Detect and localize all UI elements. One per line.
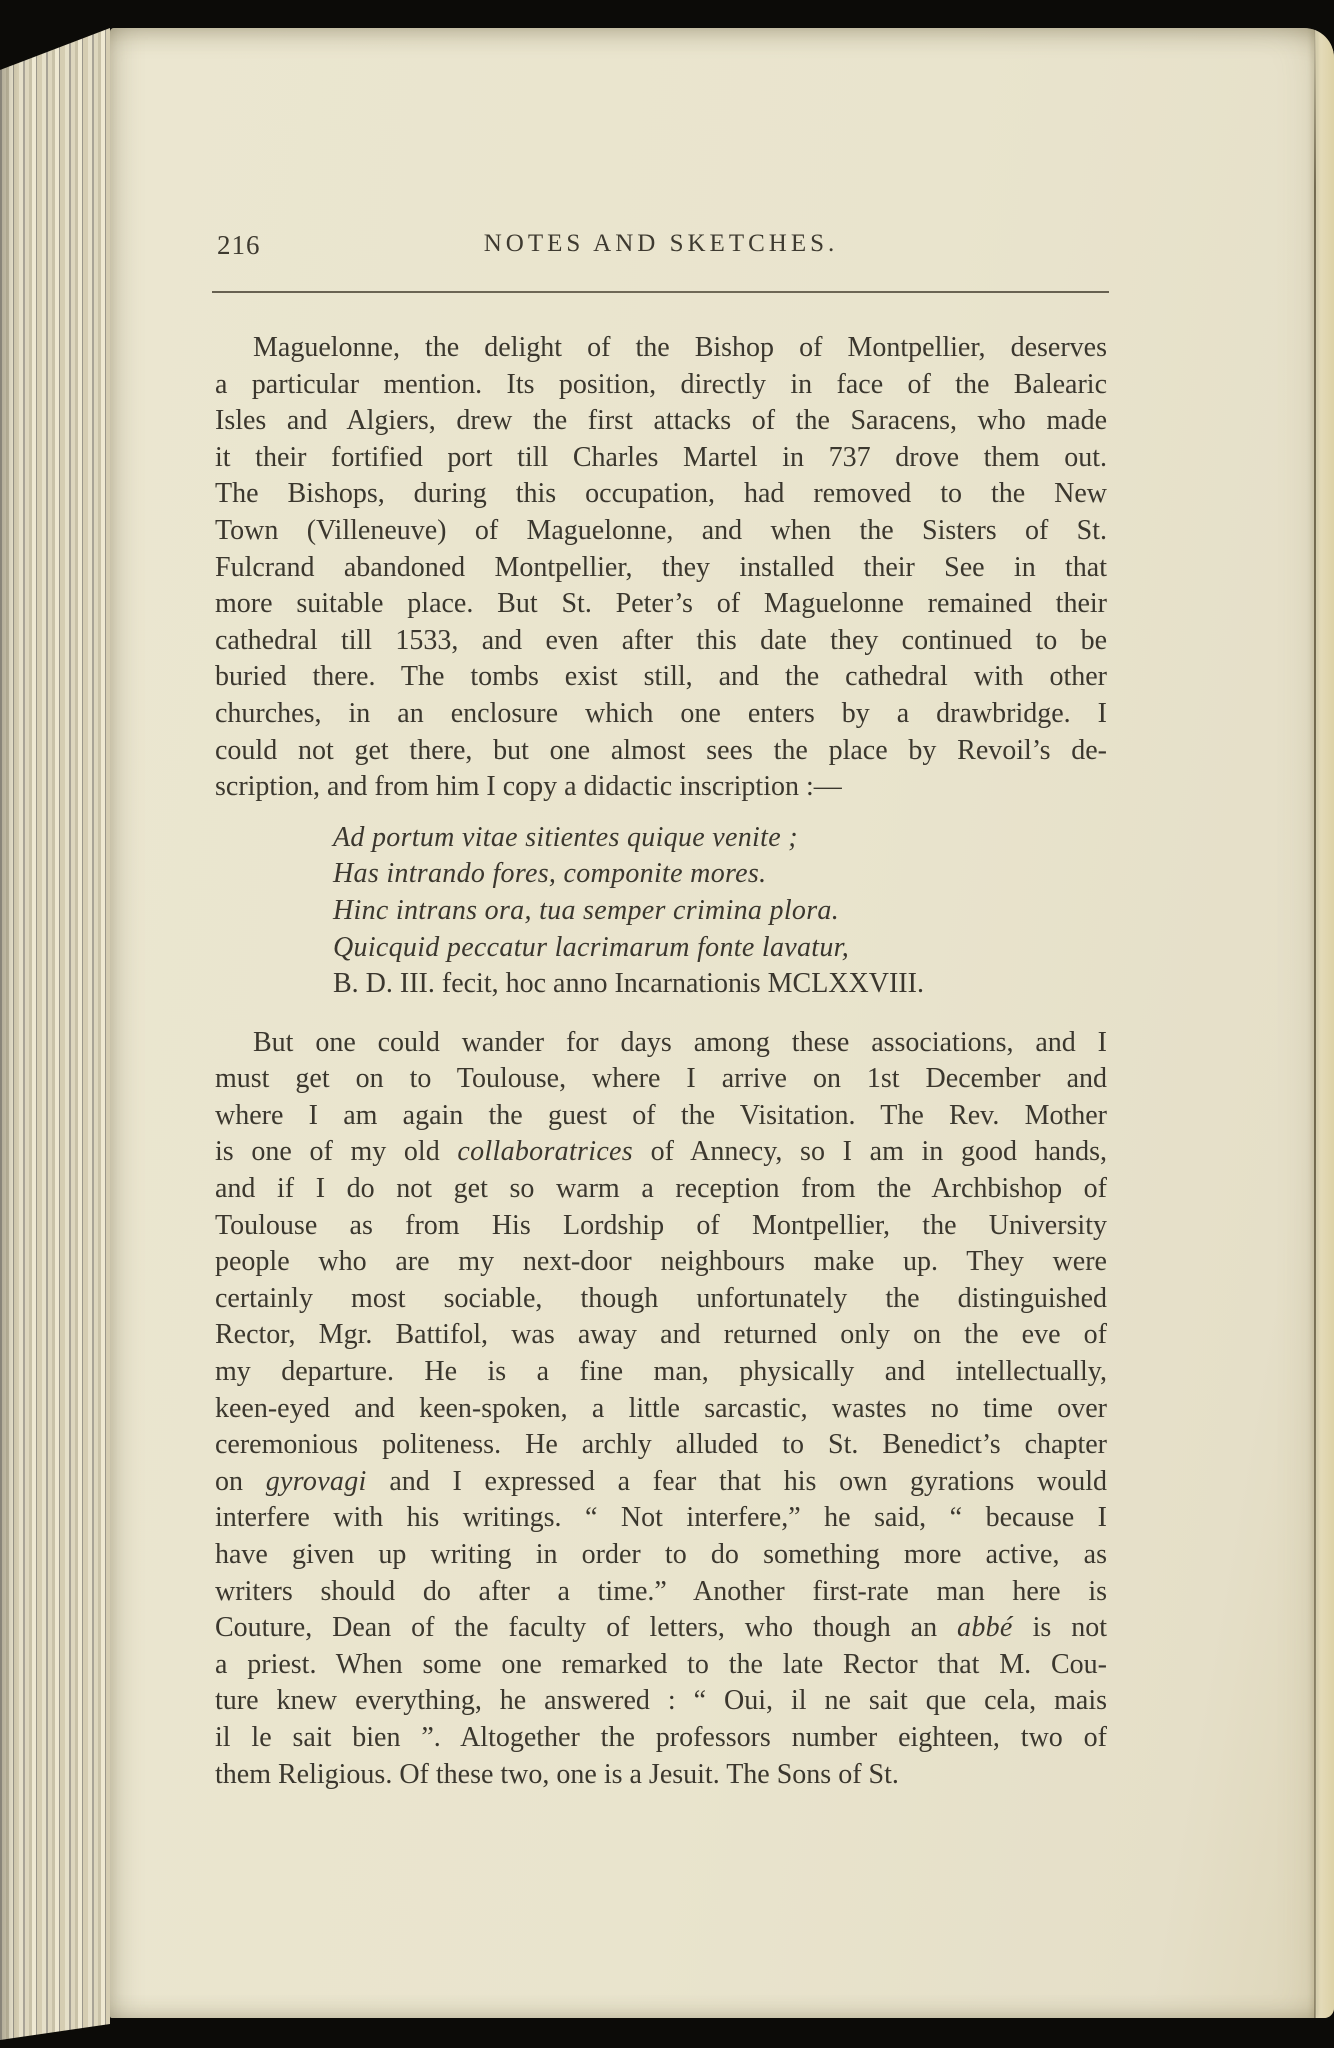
text-line: must get on to Toulouse, where I arrive …: [215, 1061, 1107, 1098]
text-line: where I am again the guest of the Visita…: [215, 1098, 1107, 1135]
text-line: a priest. When some one remarked to the …: [215, 1647, 1107, 1684]
text-line: il le sait bien ”. Altogether the profes…: [215, 1720, 1107, 1757]
text-line: ceremonious politeness. He archly allude…: [215, 1427, 1107, 1464]
text-line: writers should do after a time.” Another…: [215, 1574, 1107, 1611]
text-line: Quicquid peccatur lacrimarum fonte lavat…: [333, 930, 1107, 967]
text-line: people who are my next-door neighbours m…: [215, 1244, 1107, 1281]
text-line: and if I do not get so warm a reception …: [215, 1171, 1107, 1208]
page-header: 216 NOTES AND SKETCHES.: [215, 230, 1107, 264]
page-content: 216 NOTES AND SKETCHES. Maguelonne, the …: [215, 28, 1107, 2018]
text-line: Toulouse as from His Lordship of Montpel…: [215, 1208, 1107, 1245]
header-rule: [212, 291, 1109, 293]
latin-verse: Ad portum vitae sitientes quique venite …: [215, 820, 1107, 1003]
book-page: 216 NOTES AND SKETCHES. Maguelonne, the …: [110, 28, 1334, 2018]
text-line: But one could wander for days among thes…: [215, 1025, 1107, 1062]
text-line: Town (Villeneuve) of Maguelonne, and whe…: [215, 513, 1107, 550]
book-photo: 216 NOTES AND SKETCHES. Maguelonne, the …: [0, 0, 1334, 2048]
page-edge-stack: [0, 26, 110, 2040]
text-line: my departure. He is a fine man, physical…: [215, 1354, 1107, 1391]
text-line: have given up writing in order to do som…: [215, 1537, 1107, 1574]
text-line: Ad portum vitae sitientes quique venite …: [333, 820, 1107, 857]
text-line: The Bishops, during this occupation, had…: [215, 476, 1107, 513]
text-line: Fulcrand abandoned Montpellier, they ins…: [215, 550, 1107, 587]
page-text: Maguelonne, the delight of the Bishop of…: [215, 330, 1107, 1793]
text-line: churches, in an enclosure which one ente…: [215, 696, 1107, 733]
text-line: certainly most sociable, though unfortun…: [215, 1281, 1107, 1318]
text-line: is one of my old collaboratrices of Anne…: [215, 1134, 1107, 1171]
text-line: Rector, Mgr. Battifol, was away and retu…: [215, 1317, 1107, 1354]
text-line: them Religious. Of these two, one is a J…: [215, 1757, 1107, 1794]
text-line: could not get there, but one almost sees…: [215, 733, 1107, 770]
text-line: more suitable place. But St. Peter’s of …: [215, 586, 1107, 623]
text-line: Hinc intrans ora, tua semper crimina plo…: [333, 893, 1107, 930]
text-line: keen-eyed and keen-spoken, a little sarc…: [215, 1391, 1107, 1428]
text-line: a particular mention. Its position, dire…: [215, 367, 1107, 404]
page-number: 216: [217, 230, 261, 261]
text-line: Maguelonne, the delight of the Bishop of…: [215, 330, 1107, 367]
text-line: cathedral till 1533, and even after this…: [215, 623, 1107, 660]
text-line: it their fortified port till Charles Mar…: [215, 440, 1107, 477]
text-line: B. D. III. fecit, hoc anno Incarnationis…: [333, 966, 1107, 1003]
paragraph: Maguelonne, the delight of the Bishop of…: [215, 330, 1107, 806]
paragraph: But one could wander for days among thes…: [215, 1025, 1107, 1793]
page-crease: [1314, 28, 1316, 2018]
text-line: Couture, Dean of the faculty of letters,…: [215, 1610, 1107, 1647]
running-header: NOTES AND SKETCHES.: [215, 230, 1107, 258]
text-line: ture knew everything, he answered : “ Ou…: [215, 1683, 1107, 1720]
text-line: interfere with his writings. “ Not inter…: [215, 1500, 1107, 1537]
text-line: buried there. The tombs exist still, and…: [215, 659, 1107, 696]
text-line: Isles and Algiers, drew the first attack…: [215, 403, 1107, 440]
gutter-page-edge: [1315, 28, 1334, 2018]
text-line: on gyrovagi and I expressed a fear that …: [215, 1464, 1107, 1501]
text-line: Has intrando fores, componite mores.: [333, 856, 1107, 893]
text-line: scription, and from him I copy a didacti…: [215, 769, 1107, 806]
